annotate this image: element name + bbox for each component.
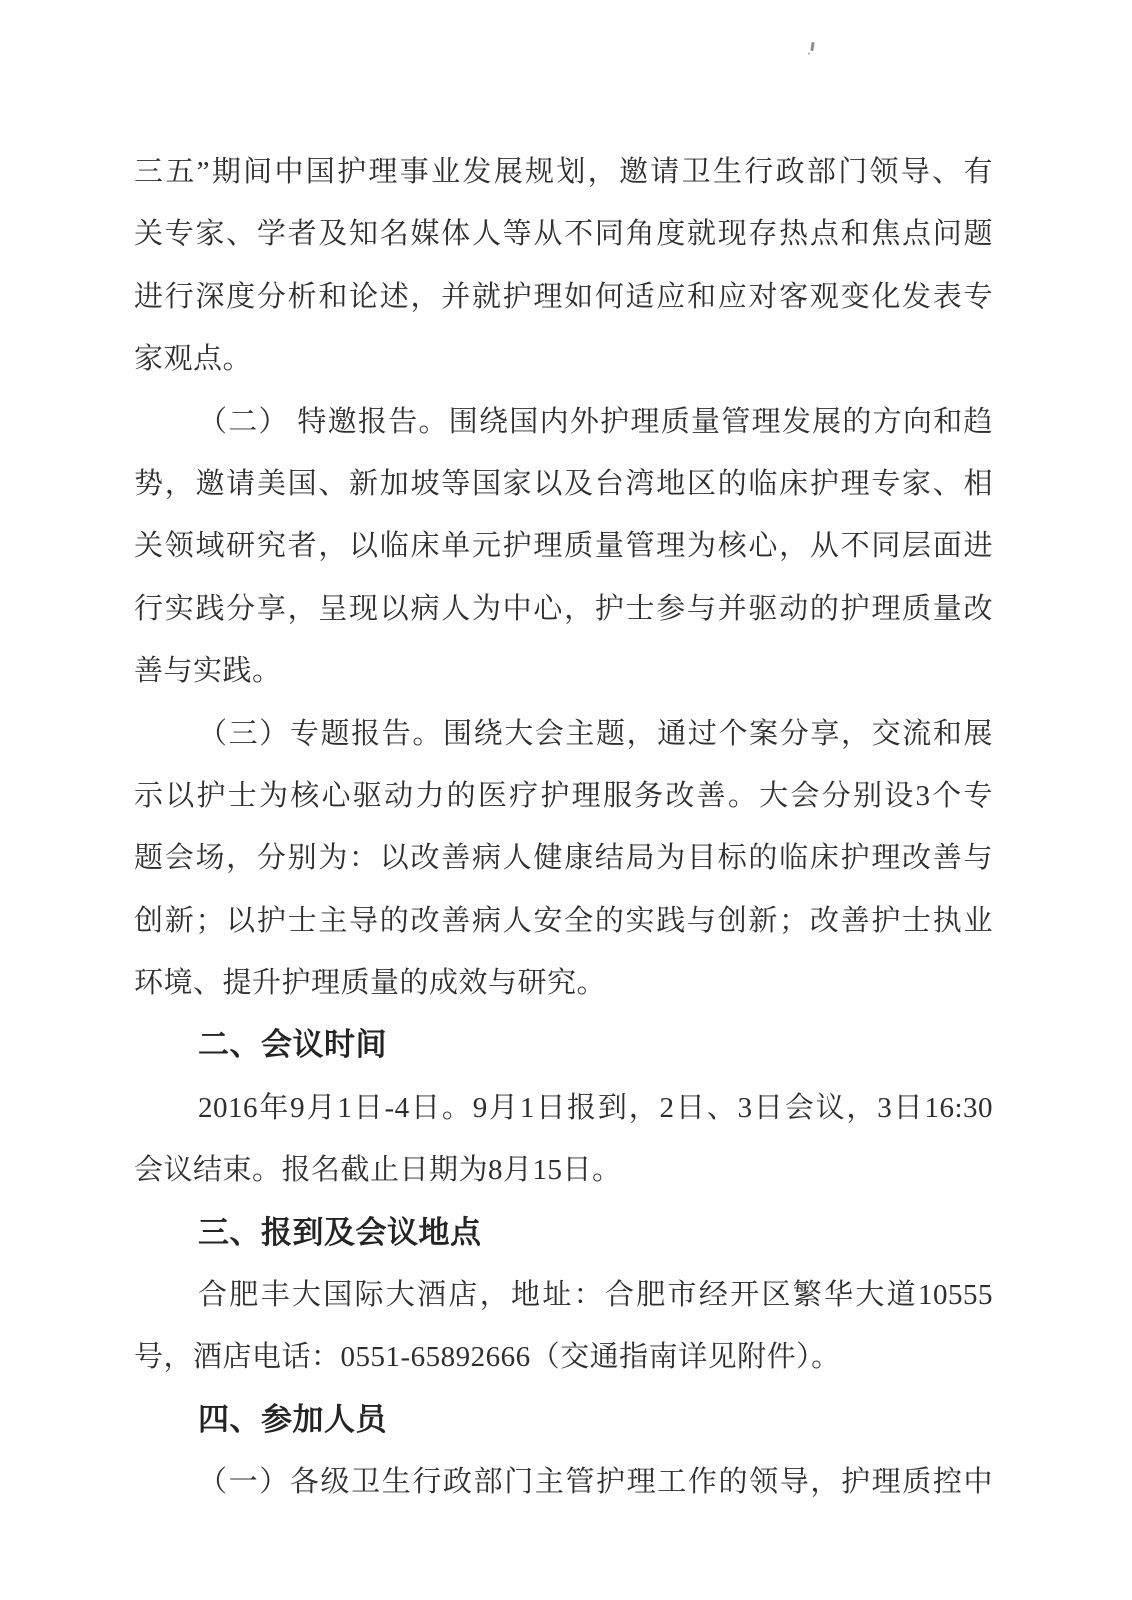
paragraph-line: 行实践分享，呈现以病人为中心，护士参与并驱动的护理质量改 [134, 578, 993, 640]
scan-speck [810, 42, 814, 51]
paragraph-line-registration-deadline: 会议结束。报名截止日期为8月15日。 [134, 1139, 993, 1201]
document-page: 三五”期间中国护理事业发展规划，邀请卫生行政部门领导、有 关专家、学者及知名媒体… [0, 0, 1132, 1600]
paragraph-line: 势，邀请美国、新加坡等国家以及台湾地区的临床护理专家、相 [134, 453, 993, 515]
paragraph-line: 家观点。 [134, 328, 993, 390]
paragraph-line: 三五”期间中国护理事业发展规划，邀请卫生行政部门领导、有 [134, 141, 993, 203]
document-text-column: 三五”期间中国护理事业发展规划，邀请卫生行政部门领导、有 关专家、学者及知名媒体… [134, 141, 993, 1514]
paragraph-line: 善与实践。 [134, 640, 993, 702]
paragraph-line: 创新；以护士主导的改善病人安全的实践与创新；改善护士执业 [134, 890, 993, 952]
paragraph-line-hotel-phone: 号，酒店电话：0551-65892666（交通指南详见附件）。 [134, 1326, 993, 1388]
paragraph-line: 题会场，分别为：以改善病人健康结局为目标的临床护理改善与 [134, 827, 993, 889]
section-heading-participants: 四、参加人员 [134, 1389, 993, 1451]
paragraph-line: 环境、提升护理质量的成效与研究。 [134, 952, 993, 1014]
section-heading-venue: 三、报到及会议地点 [134, 1202, 993, 1264]
paragraph-line: 关领域研究者，以临床单元护理质量管理为核心，从不同层面进 [134, 515, 993, 577]
section-heading-meeting-time: 二、会议时间 [134, 1014, 993, 1076]
paragraph-line-special-invited-report: （二） 特邀报告。围绕国内外护理质量管理发展的方向和趋 [134, 391, 993, 453]
paragraph-line-participants: （一）各级卫生行政部门主管护理工作的领导，护理质控中 [134, 1451, 993, 1513]
paragraph-line-topic-report: （三）专题报告。围绕大会主题，通过个案分享，交流和展 [134, 703, 993, 765]
paragraph-line: 示以护士为核心驱动力的医疗护理服务改善。大会分别设3个专 [134, 765, 993, 827]
paragraph-line: 关专家、学者及知名媒体人等从不同角度就现存热点和焦点问题 [134, 203, 993, 265]
paragraph-line: 进行深度分析和论述，并就护理如何适应和应对客观变化发表专 [134, 266, 993, 328]
paragraph-line-meeting-dates: 2016年9月1日-4日。9月1日报到，2日、3日会议，3日16:30 [134, 1077, 993, 1139]
paragraph-line-hotel-address: 合肥丰大国际大酒店，地址：合肥市经开区繁华大道10555 [134, 1264, 993, 1326]
